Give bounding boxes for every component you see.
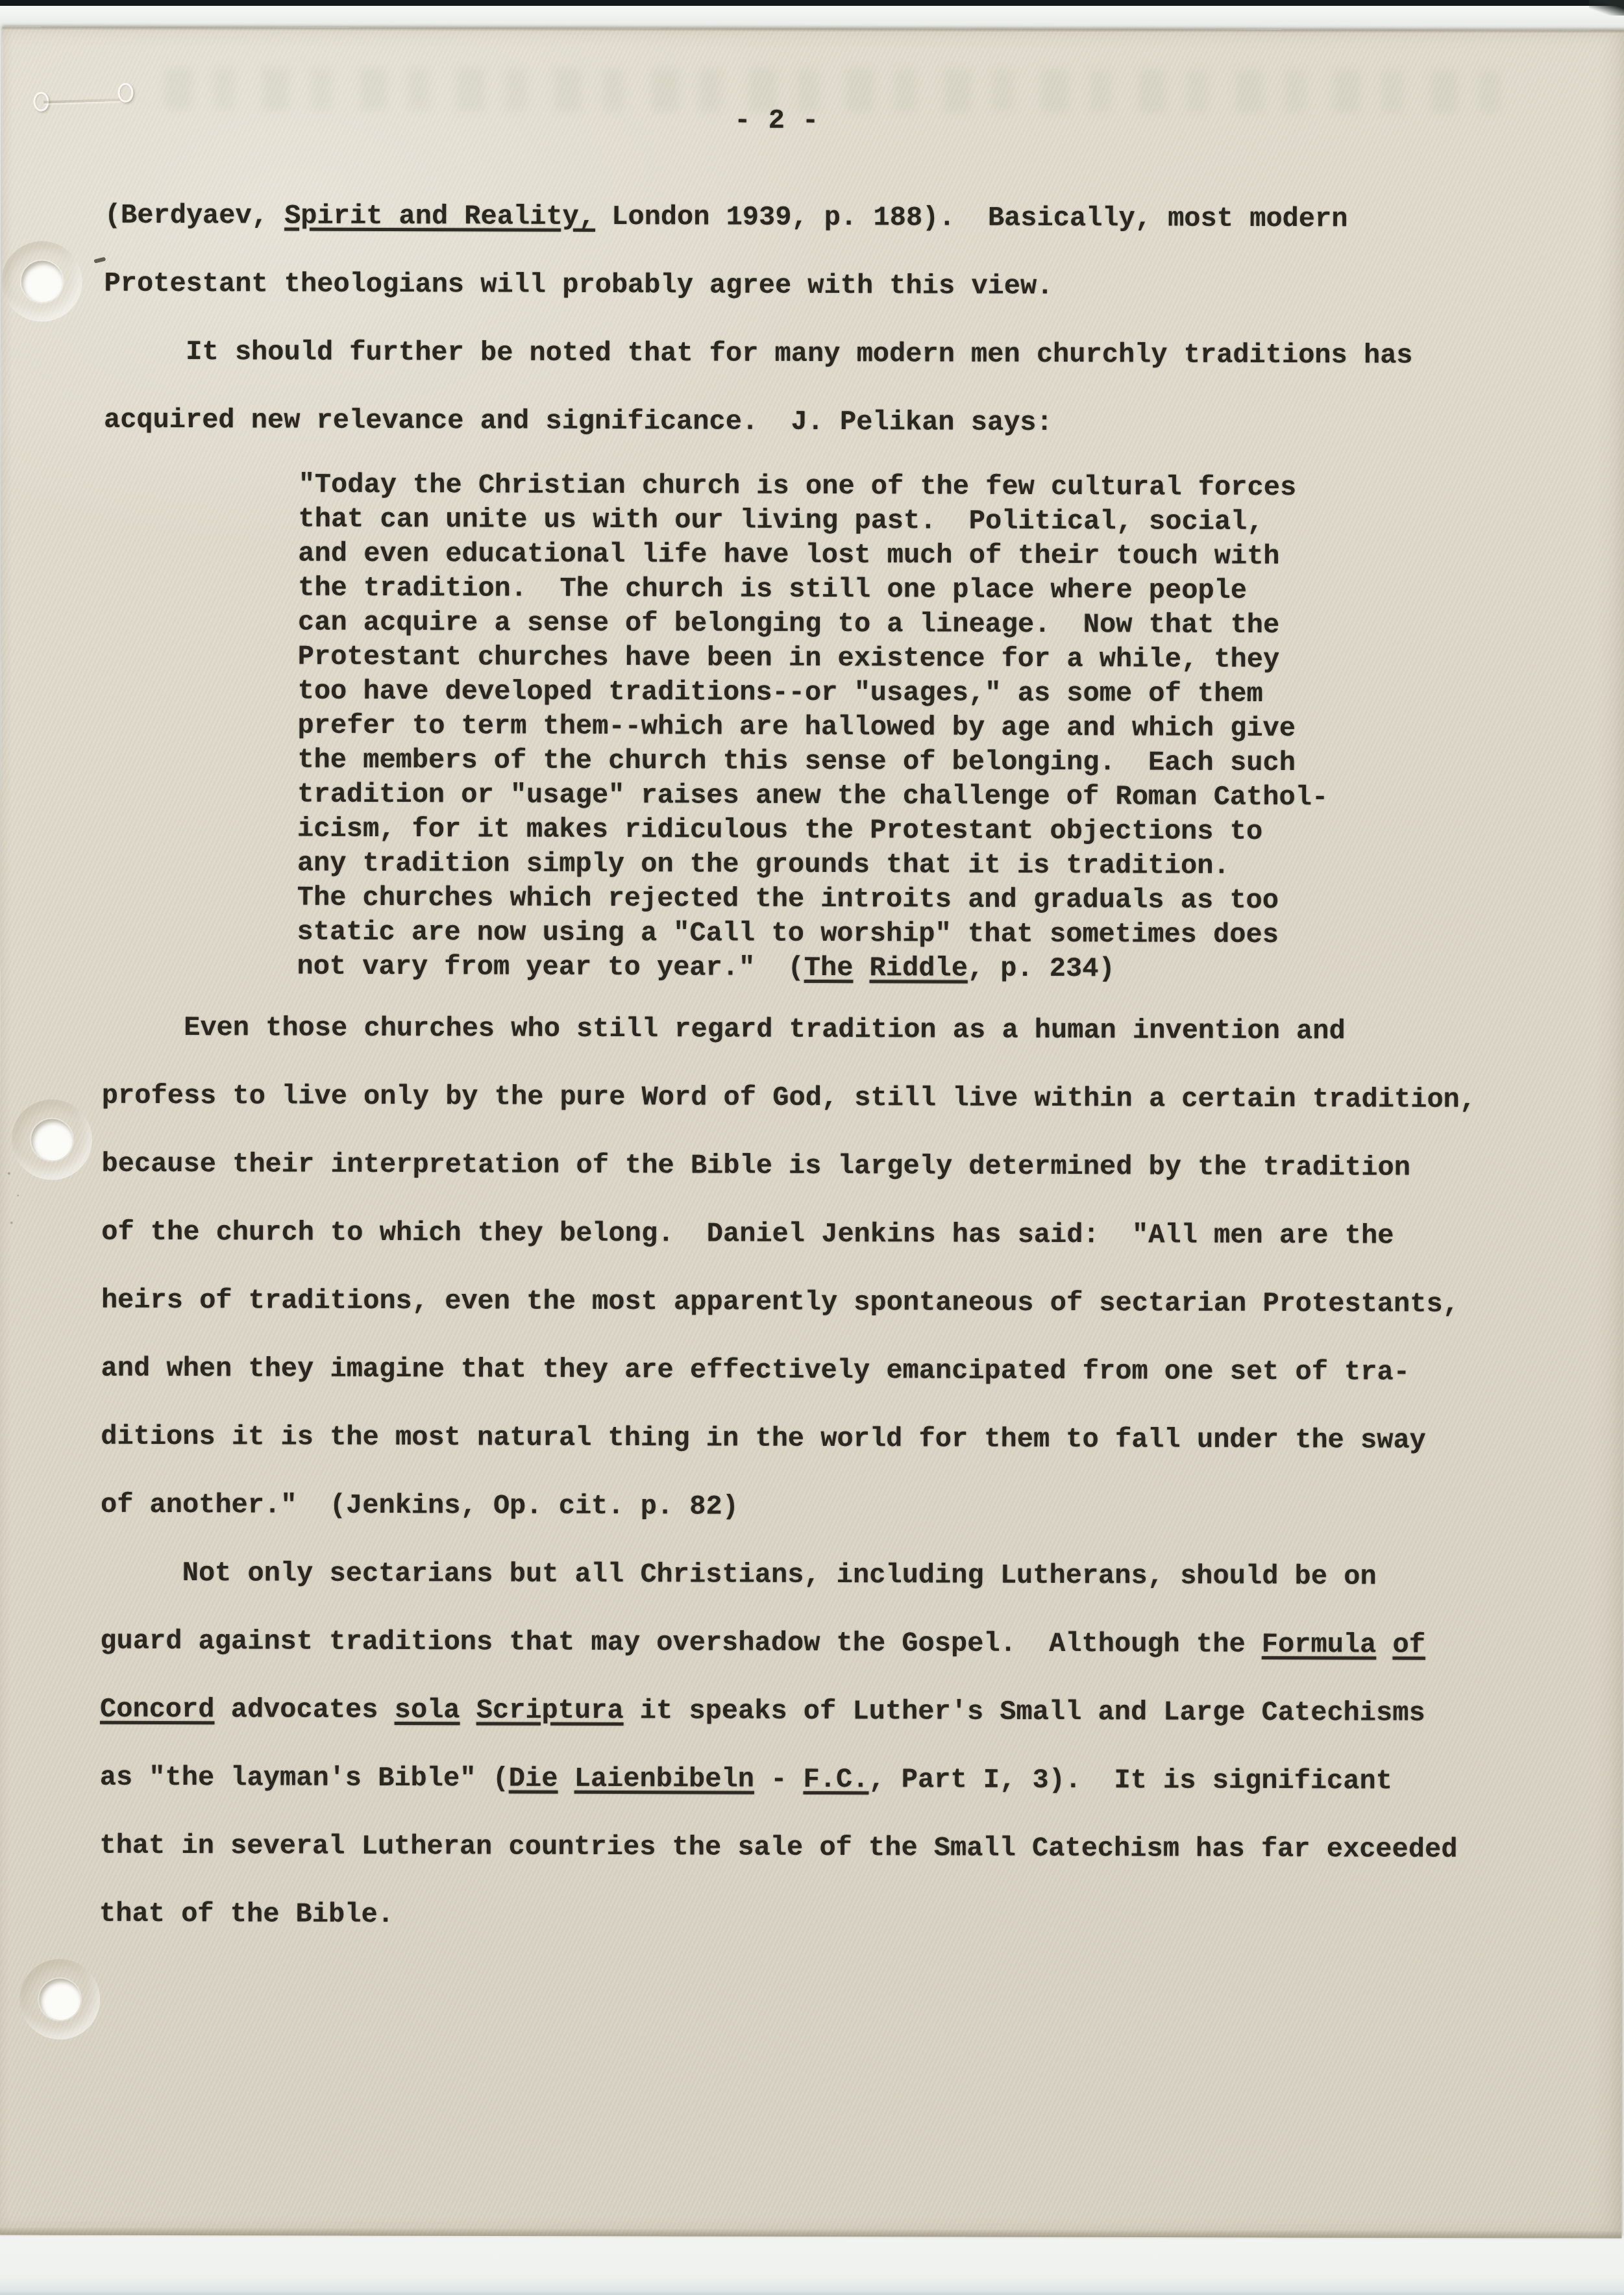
text-run: because their interpretation of the Bibl… bbox=[102, 1148, 1410, 1184]
edge-specks bbox=[4, 1167, 27, 1238]
text-run: The churches which rejected the introits… bbox=[297, 882, 1279, 916]
text-run: of the church to which they belong. Dani… bbox=[101, 1217, 1394, 1252]
text-line: ditions it is the most natural thing in … bbox=[101, 1403, 1590, 1476]
text-run: profess to live only by the pure Word of… bbox=[102, 1080, 1476, 1115]
underlined-text: F.C. bbox=[804, 1764, 869, 1795]
text-run: prefer to term them--which are hallowed … bbox=[298, 710, 1296, 745]
text-line: The churches which rejected the introits… bbox=[297, 881, 1592, 919]
text-line: static are now using a "Call to worship"… bbox=[297, 915, 1592, 954]
text-line: and even educational life have lost much… bbox=[298, 537, 1592, 575]
text-run: it speaks of Luther's Small and Large Ca… bbox=[624, 1695, 1425, 1729]
text-run: as "the layman's Bible" ( bbox=[100, 1762, 509, 1794]
text-line: the members of the church this sense of … bbox=[297, 743, 1592, 782]
underlined-text: sola bbox=[395, 1694, 460, 1726]
text-line: Not only sectarians but all Christians, … bbox=[101, 1539, 1590, 1612]
text-run: too have developed traditions--or "usage… bbox=[298, 676, 1263, 710]
scanner-edge-top bbox=[0, 0, 1624, 6]
text-run: heirs of traditions, even the most appar… bbox=[101, 1285, 1459, 1320]
text-run: of another." (Jenkins, Op. cit. p. 82) bbox=[101, 1489, 739, 1522]
text-run bbox=[460, 1694, 476, 1726]
underlined-text: Concord bbox=[100, 1694, 215, 1726]
text-line: heirs of traditions, even the most appar… bbox=[101, 1267, 1590, 1339]
text-line: that of the Bible. bbox=[99, 1880, 1588, 1953]
text-run: Protestant theologians will probably agr… bbox=[105, 268, 1053, 302]
text-line: guard against traditions that may oversh… bbox=[100, 1607, 1589, 1680]
punch-hole-middle bbox=[31, 1119, 73, 1160]
text-run: "Today the Christian church is one of th… bbox=[299, 469, 1297, 504]
text-line: (Berdyaev, Spirit and Reality, London 19… bbox=[105, 182, 1593, 254]
text-line: It should further be noted that for many… bbox=[104, 318, 1593, 391]
text-run: London 1939, p. 188). Basically, most mo… bbox=[595, 201, 1348, 234]
text-line: Protestant churches have been in existen… bbox=[298, 640, 1592, 678]
text-line: that in several Lutheran countries the s… bbox=[99, 1812, 1588, 1885]
text-line: because their interpretation of the Bibl… bbox=[101, 1130, 1590, 1203]
staple-indent-line bbox=[43, 99, 120, 104]
underlined-text: of bbox=[1392, 1630, 1425, 1661]
text-line: of another." (Jenkins, Op. cit. p. 82) bbox=[101, 1471, 1590, 1544]
text-run: can acquire a sense of belonging to a li… bbox=[298, 607, 1279, 641]
scanner-margin-bottom bbox=[0, 2235, 1624, 2295]
underlined-text: Riddle bbox=[870, 952, 968, 984]
text-line: the tradition. The church is still one p… bbox=[298, 571, 1592, 610]
ink-bleedthrough-smudge bbox=[164, 68, 1501, 113]
text-run: any tradition simply on the grounds that… bbox=[297, 848, 1230, 882]
text-run: acquired new relevance and significance.… bbox=[104, 404, 1053, 438]
text-line: too have developed traditions--or "usage… bbox=[298, 675, 1592, 713]
paragraph: Even those churches who still regard tra… bbox=[101, 994, 1591, 1544]
text-run: It should further be noted that for many… bbox=[104, 336, 1412, 371]
text-run: icism, for it makes ridiculous the Prote… bbox=[297, 813, 1262, 847]
underlined-text: Scriptura bbox=[476, 1694, 624, 1726]
scanner-edge-top-right bbox=[1589, 0, 1624, 16]
text-run: - bbox=[754, 1764, 804, 1795]
text-run: and when they imagine that they are effe… bbox=[101, 1353, 1410, 1388]
text-run bbox=[558, 1763, 574, 1794]
text-line: not vary from year to year." (The Riddle… bbox=[297, 950, 1591, 988]
text-line: as "the layman's Bible" (Die Laienbibeln… bbox=[100, 1744, 1589, 1817]
staple-mark bbox=[28, 77, 141, 111]
text-line: Protestant theologians will probably agr… bbox=[104, 250, 1593, 323]
text-line: that can unite us with our living past. … bbox=[298, 502, 1592, 541]
scanned-document-page: - 2 - (Berdyaev, Spirit and Reality, Lon… bbox=[0, 0, 1624, 2295]
underlined-text: Laienbibeln bbox=[574, 1763, 754, 1795]
text-run: (Berdyaev, bbox=[105, 200, 284, 232]
text-run: the tradition. The church is still one p… bbox=[298, 573, 1247, 606]
underlined-text: The bbox=[804, 952, 854, 984]
page-number: - 2 - bbox=[734, 101, 819, 140]
text-line: Concord advocates sola Scriptura it spea… bbox=[100, 1676, 1589, 1748]
text-run: advocates bbox=[214, 1694, 394, 1726]
text-run: , Part I, 3). It is significant bbox=[868, 1764, 1392, 1796]
text-run: static are now using a "Call to worship"… bbox=[297, 917, 1279, 950]
underlined-text: Spirit and Reality, bbox=[284, 201, 595, 232]
paragraph: (Berdyaev, Spirit and Reality, London 19… bbox=[104, 182, 1593, 323]
text-run: Not only sectarians but all Christians, … bbox=[101, 1557, 1377, 1593]
text-run: Protestant churches have been in existen… bbox=[298, 641, 1279, 675]
text-line: Even those churches who still regard tra… bbox=[102, 994, 1591, 1067]
text-run: that can unite us with our living past. … bbox=[298, 504, 1263, 538]
text-line: can acquire a sense of belonging to a li… bbox=[298, 606, 1592, 644]
paragraph: It should further be noted that for many… bbox=[104, 318, 1593, 459]
punch-hole-bottom bbox=[39, 1979, 80, 2020]
text-line: acquired new relevance and significance.… bbox=[104, 386, 1593, 459]
block-quote: "Today the Christian church is one of th… bbox=[297, 468, 1592, 988]
text-run: the members of the church this sense of … bbox=[297, 745, 1296, 779]
text-line: tradition or "usage" raises anew the cha… bbox=[297, 778, 1592, 816]
text-run: ditions it is the most natural thing in … bbox=[101, 1421, 1426, 1456]
text-line: profess to live only by the pure Word of… bbox=[102, 1062, 1591, 1135]
text-run: that in several Lutheran countries the s… bbox=[99, 1830, 1457, 1865]
text-line: icism, for it makes ridiculous the Prote… bbox=[297, 812, 1592, 850]
text-run: not vary from year to year." ( bbox=[297, 951, 804, 984]
text-run: , p. 234) bbox=[968, 953, 1115, 985]
paragraph: Not only sectarians but all Christians, … bbox=[99, 1539, 1590, 1953]
text-run bbox=[853, 952, 869, 984]
text-line: any tradition simply on the grounds that… bbox=[297, 847, 1592, 885]
text-run: and even educational life have lost much… bbox=[298, 538, 1279, 572]
text-line: of the church to which they belong. Dani… bbox=[101, 1198, 1590, 1271]
text-run: that of the Bible. bbox=[99, 1898, 394, 1930]
paper-sheet: - 2 - (Berdyaev, Spirit and Reality, Lon… bbox=[0, 27, 1624, 2238]
underlined-text: Die bbox=[509, 1763, 558, 1794]
underlined-text: Formula bbox=[1262, 1629, 1377, 1661]
text-line: prefer to term them--which are hallowed … bbox=[298, 709, 1592, 747]
text-run: guard against traditions that may oversh… bbox=[100, 1626, 1262, 1660]
typewritten-text: (Berdyaev, Spirit and Reality, London 19… bbox=[99, 182, 1593, 1953]
text-line: and when they imagine that they are effe… bbox=[101, 1335, 1590, 1408]
text-run: Even those churches who still regard tra… bbox=[102, 1012, 1346, 1047]
text-line: "Today the Christian church is one of th… bbox=[299, 468, 1593, 506]
punch-hole-top bbox=[21, 260, 63, 302]
text-run bbox=[1376, 1630, 1392, 1661]
text-run: tradition or "usage" raises anew the cha… bbox=[297, 779, 1328, 813]
